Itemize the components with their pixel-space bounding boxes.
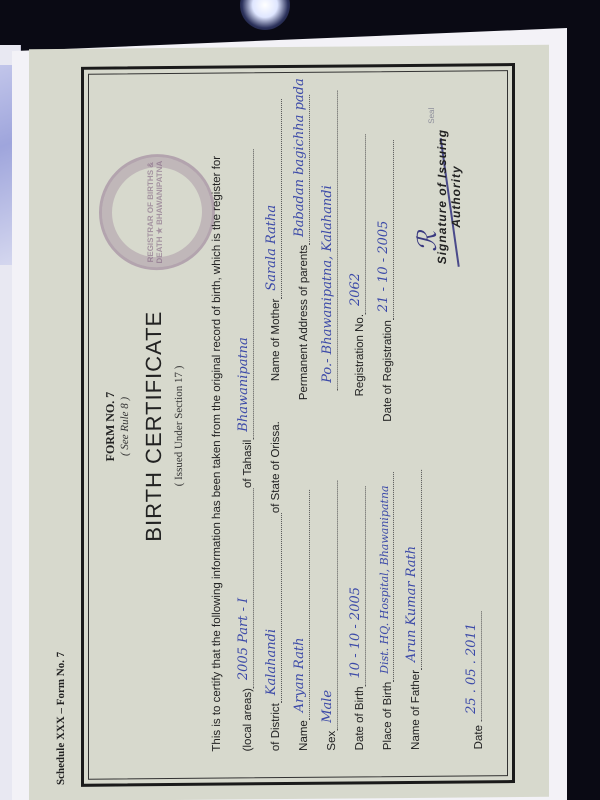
date-of-registration-label: Date of Registration [382, 320, 394, 422]
camera-flash-glare [240, 0, 290, 30]
signature-block: ℛ Seal Signature of Issuing Authority [367, 101, 477, 292]
certificate-frame: FORM NO. 7 ( See Rule 8 ) BIRTH CERTIFIC… [81, 63, 515, 787]
official-seal-stamp: REGISTRAR OF BIRTHS & DEATH ★ BHAWANIPAT… [99, 154, 215, 271]
mother-label: Name of Mother [270, 299, 282, 382]
registration-no-label: Registration No. [354, 314, 366, 397]
field-name: Name Aryan Rath Permanent Address of par… [295, 95, 310, 751]
field-date-of-birth: Date of Birth 10 - 10 - 2005 Registratio… [351, 134, 366, 751]
field-sex: Sex Male Po.- Bhawanipatna, Kalahandi [323, 91, 338, 751]
birth-certificate: Schedule XXX – Form No. 7 FORM NO. 7 ( S… [29, 45, 549, 800]
field-district: of District Kalahandi of State of Orissa… [267, 99, 282, 752]
intro-text: This is to certify that the following in… [211, 156, 223, 752]
field-local-areas: (local areas) 2005 Part - I of Tahasil B… [239, 150, 254, 752]
issue-date: Date 25 . 05 . 2011 [467, 612, 485, 750]
address-label: Permanent Address of parents [298, 245, 310, 400]
signature-label: Signature of Issuing Authority [435, 101, 463, 291]
field-father: Name of Father Arun Kumar Rath [407, 470, 422, 750]
schedule-label: Schedule XXX – Form No. 7 [55, 652, 67, 785]
back-page-ink [0, 65, 14, 265]
